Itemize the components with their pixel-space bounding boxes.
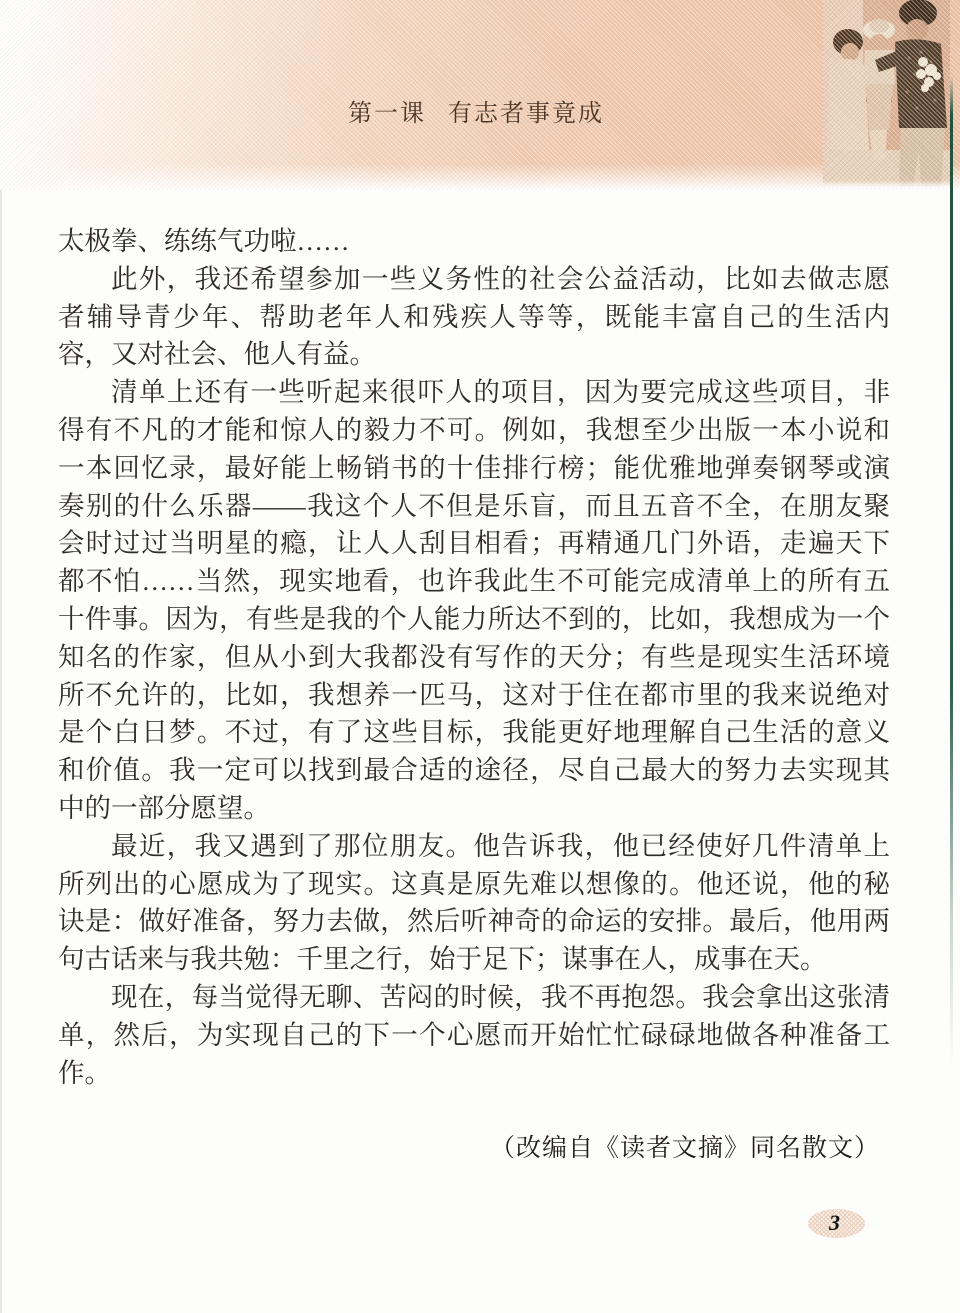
- body-line: 诀是：做好准备，努力去做，然后听神奇的命运的安排。最后，他用两: [58, 903, 890, 941]
- body-text: 太极拳、练练气功啦……此外，我还希望参加一些义务性的社会公益活动，比如去做志愿者…: [58, 223, 890, 1092]
- body-line: 是个白日梦。不过，有了这些目标，我能更好地理解自己生活的意义: [58, 714, 890, 752]
- body-line: 太极拳、练练气功啦……: [58, 223, 890, 261]
- attribution: （改编自《读者文摘》同名散文）: [490, 1132, 880, 1165]
- body-line: 所不允许的，比如，我想养一匹马，这对于住在都市里的我来说绝对: [58, 677, 890, 715]
- body-line: 都不怕……当然，现实地看，也许我此生不可能完成清单上的所有五: [58, 563, 890, 601]
- body-line: 所列出的心愿成为了现实。这真是原先难以想像的。他还说，他的秘: [58, 866, 890, 904]
- lesson-number: 第一课: [348, 101, 426, 127]
- body-line: 十件事。因为，有些是我的个人能力所达不到的，比如，我想成为一个: [58, 601, 890, 639]
- lesson-name: 有志者事竟成: [448, 101, 604, 127]
- body-line: 现在，每当觉得无聊、苦闷的时候，我不再抱怨。我会拿出这张清: [58, 979, 890, 1017]
- body-line: 会时过过当明星的瘾，让人人刮目相看；再精通几门外语，走遍天下: [58, 525, 890, 563]
- header-band: 第一课有志者事竟成: [0, 0, 960, 190]
- lesson-title: 第一课有志者事竟成: [348, 100, 604, 128]
- body-line: 得有不凡的才能和惊人的毅力不可。例如，我想至少出版一本小说和: [58, 412, 890, 450]
- body-line: 知名的作家，但从小到大我都没有写作的天分；有些是现实生活环境: [58, 639, 890, 677]
- book-edge-line: [950, 76, 953, 1066]
- body-line: 作。: [58, 1055, 890, 1093]
- body-line: 最近，我又遇到了那位朋友。他告诉我，他已经使好几件清单上: [58, 828, 890, 866]
- body-line: 一本回忆录，最好能上畅销书的十佳排行榜；能优雅地弹奏钢琴或演: [58, 450, 890, 488]
- page-number-badge: 3: [808, 1209, 865, 1238]
- page-number: 3: [829, 1210, 840, 1236]
- body-line: 容，又对社会、他人有益。: [58, 336, 890, 374]
- body-line: 句古话来与我共勉：千里之行，始于足下；谋事在人，成事在天。: [58, 941, 890, 979]
- body-line: 和价值。我一定可以找到最合适的途径，尽自己最大的努力去实现其: [58, 752, 890, 790]
- body-line: 此外，我还希望参加一些义务性的社会公益活动，比如去做志愿: [58, 261, 890, 299]
- body-line: 清单上还有一些听起来很吓人的项目，因为要完成这些项目，非: [58, 374, 890, 412]
- body-line: 者辅导青少年、帮助老年人和残疾人等等，既能丰富自己的生活内: [58, 299, 890, 337]
- body-line: 中的一部分愿望。: [58, 790, 890, 828]
- photo-halftone-texture: [823, 0, 950, 188]
- family-photo: [823, 0, 950, 188]
- textbook-page: 第一课有志者事竟成: [0, 0, 960, 1313]
- body-line: 单，然后，为实现自己的下一个心愿而开始忙忙碌碌地做各种准备工: [58, 1017, 890, 1055]
- body-line: 奏别的什么乐器——我这个人不但是乐盲，而且五音不全，在朋友聚: [58, 488, 890, 526]
